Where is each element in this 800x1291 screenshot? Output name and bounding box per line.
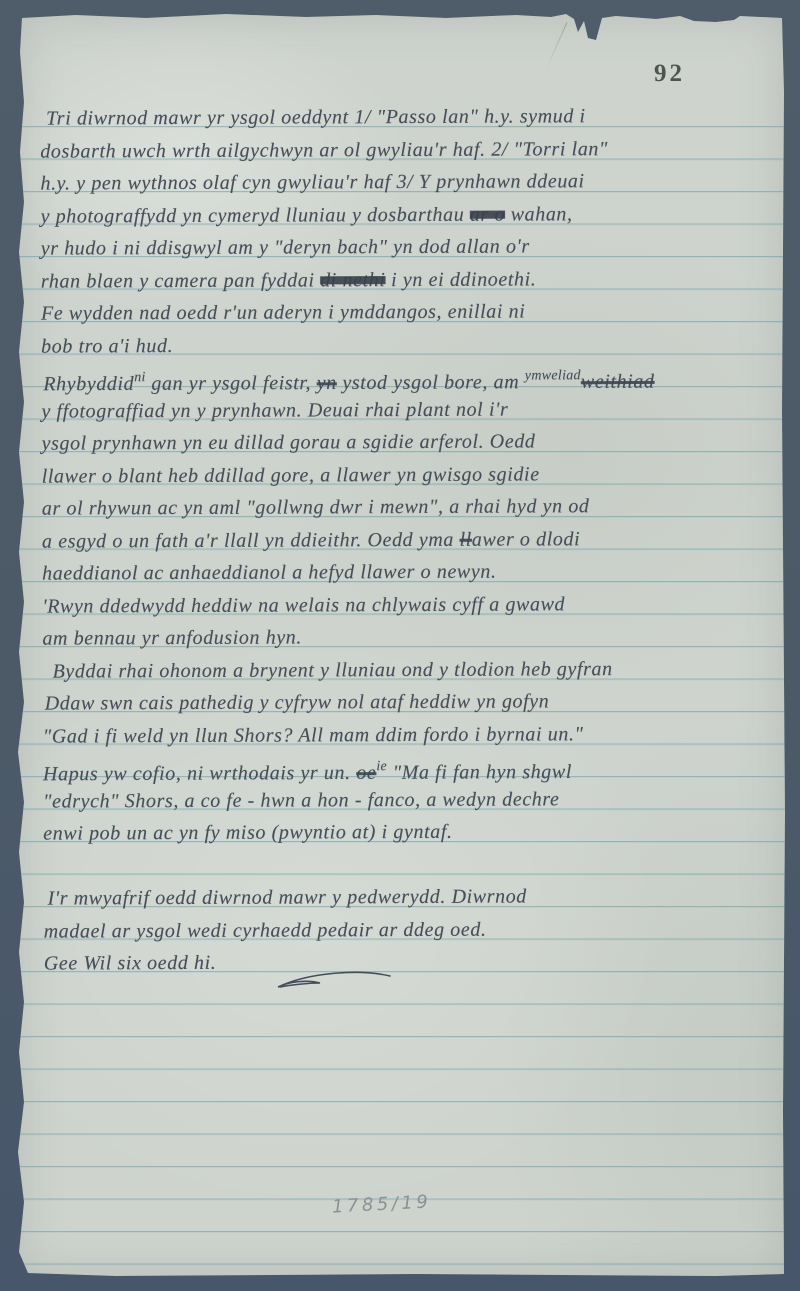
archive-reference-number: 1785/19 bbox=[332, 1191, 432, 1217]
handwriting-line: am bennau yr anfodusion hyn. bbox=[42, 619, 780, 655]
handwriting-segment: haeddianol ac anhaeddianol a hefyd llawe… bbox=[42, 561, 496, 585]
handwriting-segment: Hapus yw cofio, ni wrthodais yr un. bbox=[43, 762, 356, 785]
handwriting-line: rhan blaen y camera pan fyddai di nethi … bbox=[41, 262, 779, 298]
handwriting-line: ysgol prynhawn yn eu dillad gorau a sgid… bbox=[42, 424, 780, 460]
handwriting-segment: madael ar ysgol wedi cyrhaedd pedair ar … bbox=[44, 918, 487, 942]
handwriting-segment: y ffotograffiad yn y prynhawn. Deuai rha… bbox=[41, 398, 508, 422]
handwriting-segment: i yn ei ddinoethi. bbox=[385, 268, 536, 291]
handwriting-segment: Ddaw swn cais pathedig y cyfryw nol ataf… bbox=[45, 690, 550, 714]
handwriting-scribble-segment: di nethi bbox=[320, 269, 385, 291]
handwriting-strike-segment: weithiad bbox=[581, 371, 655, 393]
handwriting-segment: 'Rwyn ddedwydd heddiw na welais na chlyw… bbox=[42, 593, 565, 617]
handwriting-segment: rhan blaen y camera pan fyddai bbox=[41, 269, 320, 292]
handwriting-line: h.y. y pen wythnos olaf cyn gwyliau'r ha… bbox=[40, 164, 778, 200]
handwriting-segment: awer o dlodi bbox=[472, 528, 580, 550]
page-number: 92 bbox=[654, 60, 685, 88]
handwriting-line: madael ar ysgol wedi cyrhaedd pedair ar … bbox=[44, 912, 782, 948]
handwriting-line: y photograffydd yn cymeryd lluniau y dos… bbox=[41, 197, 779, 233]
handwriting-strike-segment: oe bbox=[356, 762, 376, 784]
handwriting-segment: wahan, bbox=[505, 203, 573, 225]
handwriting-segment: a esgyd o un fath a'r llall yn ddieithr.… bbox=[42, 528, 460, 552]
handwriting-sup-segment: ie bbox=[376, 759, 387, 774]
manuscript-page: 92 Tri diwrnod mawr yr ysgol oeddynt 1/ … bbox=[16, 12, 786, 1277]
handwriting-segment: h.y. y pen wythnos olaf cyn gwyliau'r ha… bbox=[40, 170, 584, 194]
paper-crease bbox=[545, 22, 567, 70]
handwriting-segment: ystod ysgol bore, am bbox=[337, 371, 525, 394]
handwriting-line: Fe wydden nad oedd r'un aderyn i ymddang… bbox=[41, 294, 779, 330]
handwriting-segment: Byddai rhai ohonom a brynent y lluniau o… bbox=[53, 658, 613, 682]
handwriting-segment: bob tro a'i hud. bbox=[41, 335, 173, 358]
handwriting-line: y ffotograffiad yn y prynhawn. Deuai rha… bbox=[41, 392, 779, 428]
handwriting-strike-segment: ll bbox=[460, 528, 472, 550]
handwriting-line: llawer o blant heb ddillad gore, a llawe… bbox=[42, 457, 780, 493]
handwriting-segment: ysgol prynhawn yn eu dillad gorau a sgid… bbox=[42, 430, 536, 454]
handwriting-line: Byddai rhai ohonom a brynent y lluniau o… bbox=[52, 652, 780, 688]
handwriting-line: yr hudo i ni ddisgwyl am y "deryn bach" … bbox=[41, 229, 779, 265]
handwriting-segment: "edrych" Shors, a co fe - hwn a hon - fa… bbox=[43, 788, 559, 812]
handwriting-segment: Gee Wil six oedd hi. bbox=[44, 952, 217, 975]
handwritten-text-block: Tri diwrnod mawr yr ysgol oeddynt 1/ "Pa… bbox=[40, 99, 782, 980]
handwriting-segment: Fe wydden nad oedd r'un aderyn i ymddang… bbox=[41, 300, 525, 324]
handwriting-segment: Tri diwrnod mawr yr ysgol oeddynt 1/ "Pa… bbox=[46, 105, 586, 129]
handwriting-segment: I'r mwyafrif oedd diwrnod mawr y pedwery… bbox=[48, 885, 527, 909]
handwriting-line: enwi pob un ac yn fy miso (pwyntio at) i… bbox=[43, 814, 781, 850]
handwriting-scribble-segment: ar o bbox=[470, 203, 505, 225]
handwriting-line: Hapus yw cofio, ni wrthodais yr un. oeie… bbox=[43, 749, 781, 785]
handwriting-sup-segment: ymweliad bbox=[525, 368, 581, 383]
handwriting-segment: ar ol rhywun ac yn aml "gollwng dwr i me… bbox=[42, 495, 590, 519]
handwriting-line: Rhybyddidni gan yr ysgol feistr, yn ysto… bbox=[43, 359, 779, 395]
handwriting-segment: "Ma fi fan hyn shgwl bbox=[387, 761, 572, 784]
handwriting-segment: gan yr ysgol feistr, bbox=[146, 372, 317, 395]
handwriting-segment: am bennau yr anfodusion hyn. bbox=[42, 626, 302, 649]
handwriting-line: 'Rwyn ddedwydd heddiw na welais na chlyw… bbox=[42, 587, 780, 623]
handwriting-line: a esgyd o un fath a'r llall yn ddieithr.… bbox=[42, 522, 780, 558]
handwriting-line: Tri diwrnod mawr yr ysgol oeddynt 1/ "Pa… bbox=[46, 99, 778, 135]
handwriting-segment: "Gad i fi weld yn llun Shors? All mam dd… bbox=[43, 723, 584, 747]
handwriting-segment: enwi pob un ac yn fy miso (pwyntio at) i… bbox=[43, 821, 452, 845]
handwriting-line: I'r mwyafrif oedd diwrnod mawr y pedwery… bbox=[47, 879, 781, 915]
handwriting-segment: dosbarth uwch wrth ailgychwyn ar ol gwyl… bbox=[40, 138, 608, 162]
handwriting-segment: Rhybyddid bbox=[43, 373, 134, 395]
handwriting-line: ar ol rhywun ac yn aml "gollwng dwr i me… bbox=[42, 489, 780, 525]
handwriting-sup-segment: ni bbox=[134, 370, 146, 385]
handwriting-line: Gee Wil six oedd hi. bbox=[44, 944, 782, 980]
handwriting-line: Ddaw swn cais pathedig y cyfryw nol ataf… bbox=[45, 684, 781, 720]
handwriting-line bbox=[43, 847, 781, 883]
handwriting-segment: y photograffydd yn cymeryd lluniau y dos… bbox=[41, 203, 470, 227]
handwriting-strike-segment: yn bbox=[317, 372, 337, 394]
handwriting-segment: llawer o blant heb ddillad gore, a llawe… bbox=[42, 463, 540, 487]
handwriting-line: bob tro a'i hud. bbox=[41, 327, 779, 363]
handwriting-line: dosbarth uwch wrth ailgychwyn ar ol gwyl… bbox=[40, 132, 778, 168]
handwriting-line: haeddianol ac anhaeddianol a hefyd llawe… bbox=[42, 554, 780, 590]
handwriting-line: "Gad i fi weld yn llun Shors? All mam dd… bbox=[43, 717, 781, 753]
handwriting-line: "edrych" Shors, a co fe - hwn a hon - fa… bbox=[43, 782, 781, 818]
handwriting-segment: yr hudo i ni ddisgwyl am y "deryn bach" … bbox=[41, 235, 530, 259]
